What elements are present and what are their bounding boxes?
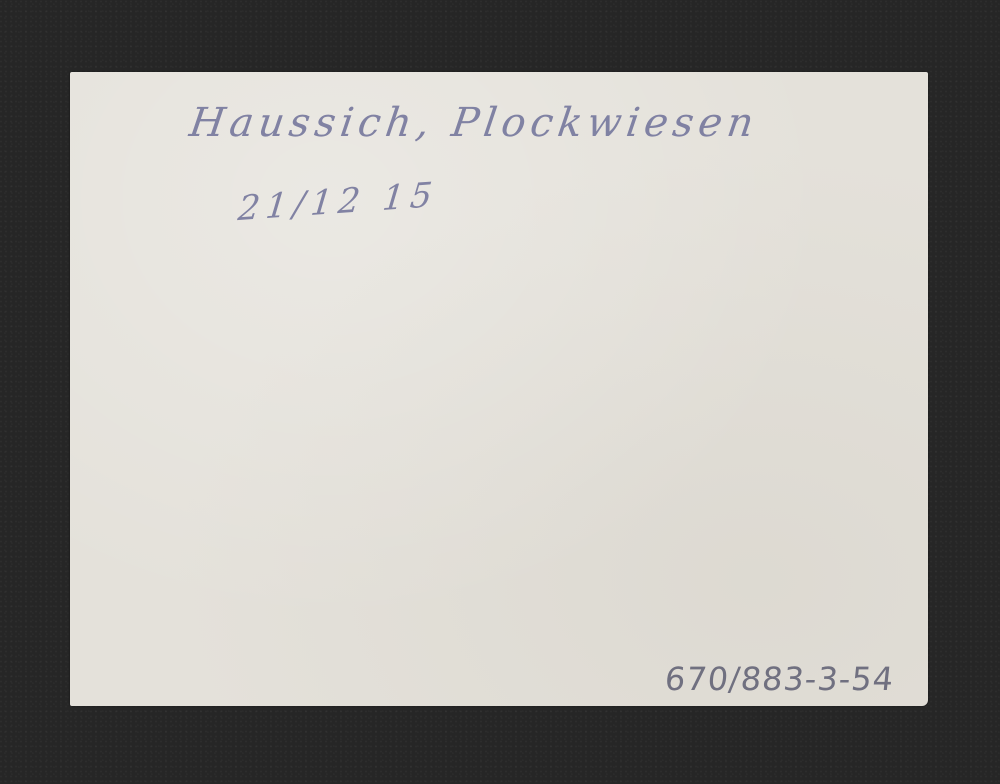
handwritten-date-inscription: 21/12 15 [236, 175, 440, 229]
handwritten-place-inscription: Haussich, Plockwiesen [187, 100, 761, 146]
catalog-number: 670/883-3-54 [663, 660, 896, 698]
photo-card-back: Haussich, Plockwiesen 21/12 15 670/883-3… [70, 72, 928, 706]
